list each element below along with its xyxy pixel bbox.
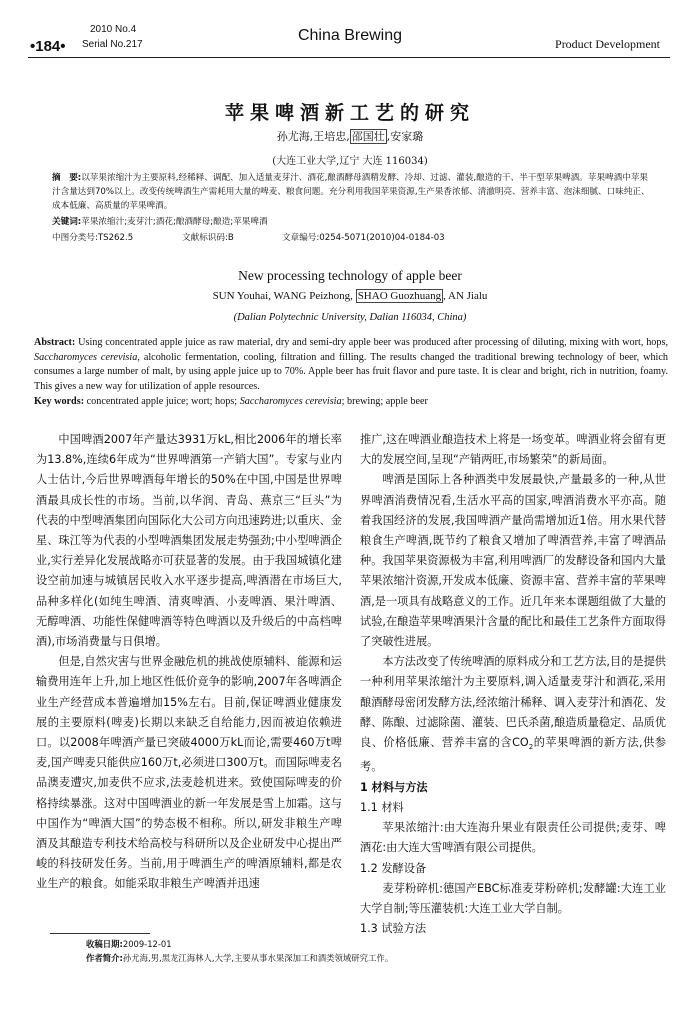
article-number: 文章编号:0254-5071(2010)04-0184-03 [282, 231, 445, 245]
author-4-en: , AN Jialu [443, 290, 487, 302]
paragraph: 苹果浓缩汁:由大连海升果业有限责任公司提供;麦芽、啤酒花:由大连大雪啤酒有限公司… [360, 818, 666, 858]
classification-number: 中图分类号:TS262.5 [52, 231, 182, 245]
keywords-text-en-2: ; brewing; apple beer [342, 396, 428, 407]
authors-text: SUN Youhai, WANG Peizhong, [213, 290, 356, 302]
author-1: 孙尤海, [277, 130, 314, 143]
paragraph: 本方法改变了传统啤酒的原料成分和工艺方法,目的是提供一种利用苹果浓缩汁为主要原料… [360, 652, 666, 777]
subsection-heading: 1.3 试验方法 [360, 919, 666, 939]
abstract-label-en: Abstract: [34, 337, 75, 348]
keywords-label-en: Key words: [34, 396, 84, 407]
author-bio: 孙尤海,男,黑龙江海林人,大学,主要从事水果深加工和酒类领域研究工作。 [123, 953, 393, 963]
english-abstract: Abstract: Using concentrated apple juice… [34, 336, 668, 394]
chinese-affiliation: (大连工业大学,辽宁 大连 116034) [0, 152, 700, 167]
paragraph: 推广,这在啤酒业酿造技术上将是一场变革。啤酒业将会留有更大的发展空间,呈现“产销… [360, 430, 666, 470]
received-label: 收稿日期: [86, 939, 123, 949]
document-code: 文献标识码:B [182, 231, 282, 245]
paragraph: 啤酒是国际上各种酒类中发展最快,产量最多的一种,从世界啤酒消费情况看,生活水平高… [360, 470, 666, 652]
footnote: 收稿日期:2009-12-01 作者简介:孙尤海,男,黑龙江海林人,大学,主要从… [86, 937, 393, 965]
author-bio-label: 作者简介: [86, 953, 123, 963]
header-rule [28, 57, 670, 58]
paragraph: 麦芽粉碎机:德国产EBC标准麦芽粉碎机;发酵罐:大连工业大学自制;等压灌装机:大… [360, 879, 666, 919]
keywords-label: 关键词: [52, 217, 81, 227]
abstract-text: 以苹果浓缩汁为主要原料,经稀释、调配、加入适量麦芽汁、酒花,酿酒酵母酒精发酵、冷… [52, 173, 650, 211]
footnote-rule [50, 933, 150, 934]
corresponding-author-en: SHAO Guozhuang [356, 289, 443, 303]
chinese-title: 苹果啤酒新工艺的研究 [0, 98, 700, 125]
keywords-species: Saccharomyces cerevisia [240, 396, 342, 407]
author-2: 王培忠, [313, 130, 350, 143]
chinese-authors: 孙尤海,王培忠,邵国壮,安家璐 [0, 128, 700, 144]
body-column-right: 推广,这在啤酒业酿造技术上将是一场变革。啤酒业将会留有更大的发展空间,呈现“产销… [360, 430, 666, 939]
section-name: Product Development [555, 37, 660, 52]
author-bio-line: 作者简介:孙尤海,男,黑龙江海林人,大学,主要从事水果深加工和酒类领域研究工作。 [86, 951, 393, 965]
received-date-line: 收稿日期:2009-12-01 [86, 937, 393, 951]
subsection-heading: 1.2 发酵设备 [360, 859, 666, 879]
keywords-text-en-1: concentrated apple juice; wort; hops; [84, 396, 240, 407]
chinese-keywords: 关键词:苹果浓缩汁;麦芽汁;酒花;酿酒酵母;酿造;苹果啤酒 [52, 215, 652, 229]
english-title: New processing technology of apple beer [0, 268, 700, 284]
english-affiliation: (Dalian Polytechnic University, Dalian 1… [0, 312, 700, 323]
abstract-species: Saccharomyces cerevisia [34, 352, 137, 363]
paragraph: 中国啤酒2007年产量达3931万kL,相比2006年的增长率为13.8%,连续… [36, 430, 342, 652]
section-heading: 1 材料与方法 [360, 778, 666, 798]
english-keywords: Key words: concentrated apple juice; wor… [34, 395, 668, 410]
english-authors: SUN Youhai, WANG Peizhong, SHAO Guozhuan… [0, 290, 700, 302]
abstract-label: 摘 要: [52, 173, 81, 183]
paragraph: 但是,自然灾害与世界金融危机的挑战使原辅料、能源和运输费用连年上升,加上地区性低… [36, 652, 342, 894]
author-4: ,安家璐 [387, 130, 424, 143]
subsection-heading: 1.1 材料 [360, 798, 666, 818]
keywords-text: 苹果浓缩汁;麦芽汁;酒花;酿酒酵母;酿造;苹果啤酒 [81, 217, 267, 227]
corresponding-author: 邵国壮 [350, 129, 387, 144]
received-date: 2009-12-01 [123, 939, 172, 949]
paragraph-text: 本方法改变了传统啤酒的原料成分和工艺方法,目的是提供一种利用苹果浓缩汁为主要原料… [360, 655, 666, 749]
classification-line: 中图分类号:TS262.5文献标识码:B文章编号:0254-5071(2010)… [52, 231, 652, 245]
abstract-text-en-1: Using concentrated apple juice as raw ma… [75, 337, 668, 348]
chinese-abstract: 摘 要:以苹果浓缩汁为主要原料,经稀释、调配、加入适量麦芽汁、酒花,酿酒酵母酒精… [52, 171, 652, 213]
body-column-left: 中国啤酒2007年产量达3931万kL,相比2006年的增长率为13.8%,连续… [36, 430, 342, 895]
